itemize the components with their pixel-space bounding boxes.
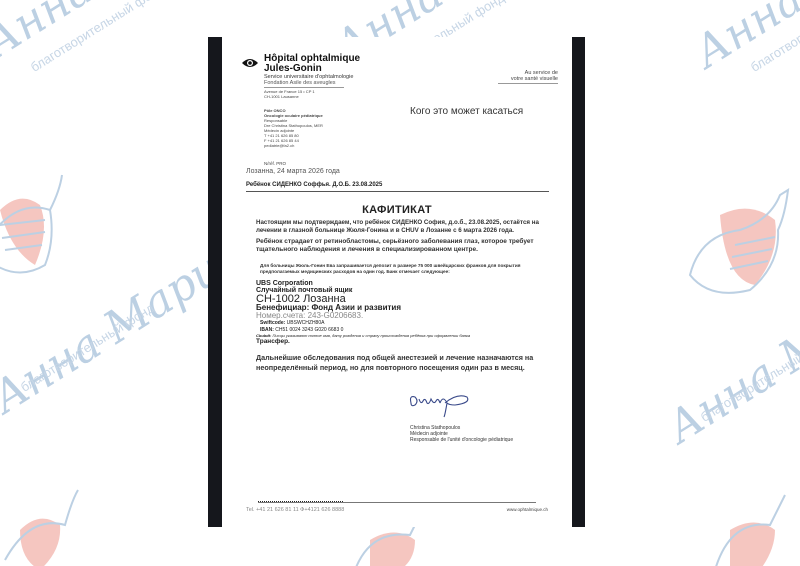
divider [246, 191, 549, 192]
hospital-name-line2: Jules-Gonin [264, 64, 360, 74]
paragraph-followup: Дальнейшие обследования под общей анесте… [256, 353, 533, 373]
swift-label: Swiftcode: [260, 320, 285, 326]
signatory-block: Christina Stathopoulos Médecin adjointe … [410, 425, 513, 443]
footer-phone: Tel. +41 21 626 81 11 Ф+4121 626 8888 [246, 507, 344, 513]
bank-account: Номер.счета: 243-G0206683. [256, 312, 556, 320]
divider [264, 87, 344, 88]
signature-image [407, 389, 482, 419]
tagline-line2: votre santé visuelle [511, 76, 558, 82]
watermark-heart-hand-icon [0, 170, 80, 280]
document-page: Hôpital ophtalmique Jules-Gonin Service … [222, 37, 572, 527]
watermark-subtitle: благотворительный фонд [28, 0, 167, 75]
hospital-name: Hôpital ophtalmique Jules-Gonin [264, 54, 360, 74]
followup-line1: Дальнейшие обследования под общей анесте… [256, 353, 533, 363]
address-city: CH-1001 Lausanne [264, 94, 299, 99]
subject-line: Ребёнок СИДЕНКО Соффья. Д.О.Б. 23.08.202… [246, 182, 382, 188]
note-text: Писцы указывают полное имя, дату рождени… [272, 333, 470, 338]
watermark-subtitle: благотворительный фонд [748, 0, 800, 75]
watermark-heart-hand-icon [700, 490, 800, 566]
watermark-script-text: Анна Мария [658, 257, 800, 453]
watermark-script-text: Анна [0, 0, 102, 68]
footer-website: www.ophtalmique.ch [507, 507, 548, 512]
hospital-foundation: Fondation Asile des aveugles [264, 80, 336, 86]
reference: N/réf. PRO [264, 161, 286, 166]
divider [498, 83, 558, 84]
recipient: Кого это может касаться [410, 106, 523, 117]
contact-block: Pôle ONCO Oncologie oculaire pédiatrique… [264, 108, 323, 148]
paragraph-confirmation: Настоящим мы подтверждаем, что ребёнок С… [256, 219, 556, 235]
swift-value: UBSWCHZH80A [287, 320, 325, 326]
bank-name: UBS Corporation [256, 280, 556, 287]
watermark-heart-hand-icon [0, 480, 90, 566]
watermark-subtitle: благотворительный фонд [18, 300, 157, 395]
eye-icon [242, 57, 258, 69]
footer-dots [258, 501, 343, 502]
contact-email: pediatrie@fa2.ch [264, 143, 323, 148]
bank-swift: Swiftcode: UBSWCHZH80A [256, 320, 556, 327]
watermark-heart-hand-icon [670, 175, 800, 305]
footer-divider [258, 502, 536, 503]
document-title: КАФИТИКАТ [222, 204, 572, 216]
paragraph-diagnosis: Ребёнок страдает от ретинобластомы, серь… [256, 238, 556, 254]
followup-line2: неопределённый период, но для повторного… [256, 363, 533, 373]
signatory-role: Responsable de l'unité d'oncologie pédia… [410, 437, 513, 443]
bank-details: UBS Corporation Случайный почтовый ящик … [256, 280, 556, 345]
bank-transfer: Трансфер. [256, 338, 556, 345]
city-date: Лозанна, 24 марта 2026 года [246, 168, 340, 175]
watermark-subtitle: благотворительный фонд [698, 330, 800, 425]
tagline: Au service de votre santé visuelle [511, 70, 558, 82]
watermark-script-text: Анна [685, 0, 800, 78]
paragraph-deposit: Для больницы Жюль-Гонин Ева запрашиваетс… [260, 263, 560, 275]
